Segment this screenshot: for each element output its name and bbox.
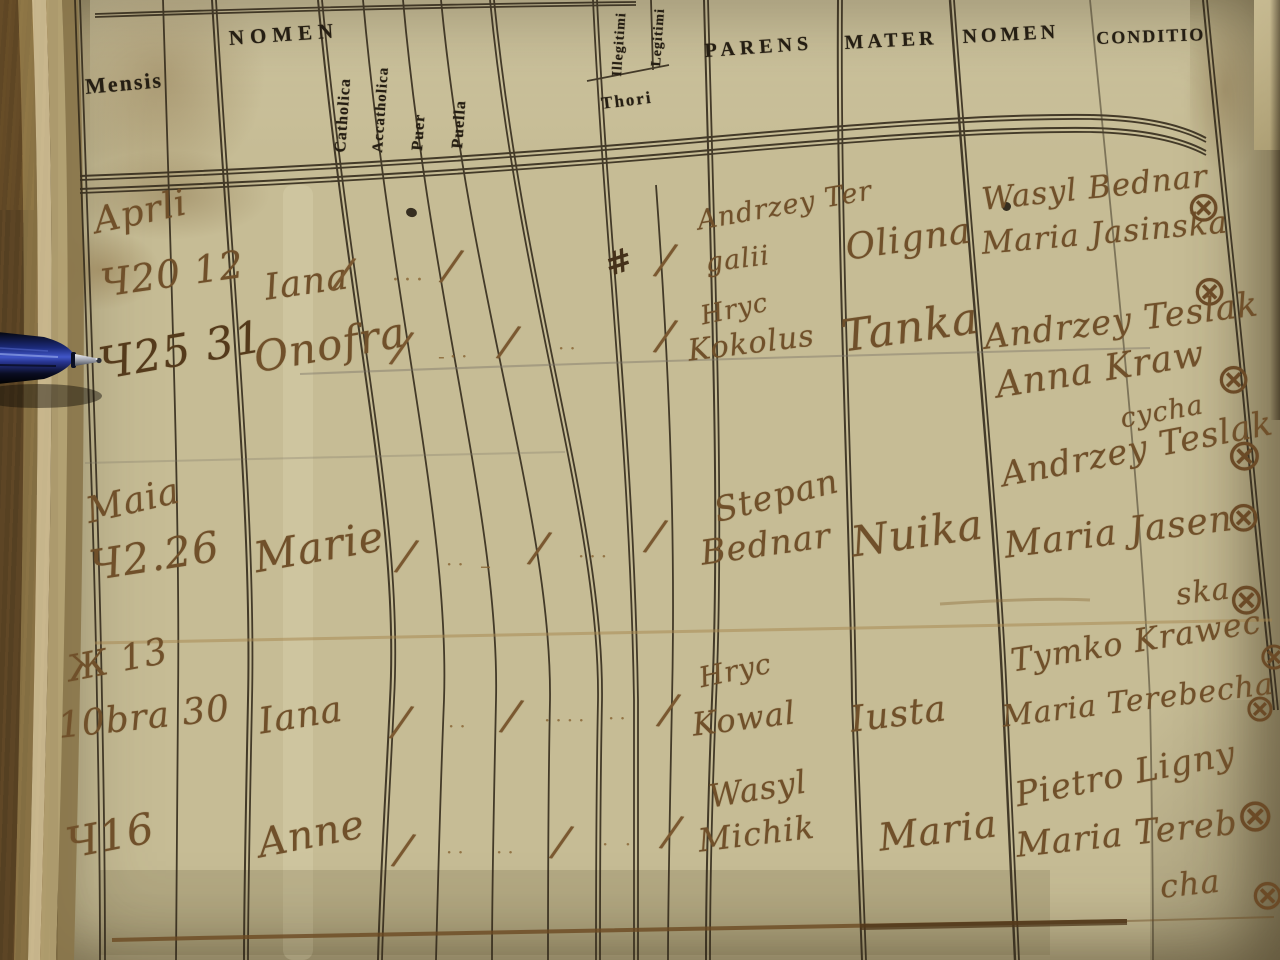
manuscript-entry-wit3: cycha [1118, 389, 1206, 434]
manuscript-entry-t1: / [391, 322, 412, 372]
column-header-catholica: Catholica [332, 77, 355, 153]
manuscript-entry-t4: ···· [544, 708, 589, 732]
manuscript-entry-wit1: Tymko Krawec [1008, 602, 1264, 679]
manuscript-entry-parens1: Hryc [696, 647, 775, 695]
manuscript-entry-t5: · · [602, 832, 636, 856]
manuscript-entry-t6: / [658, 684, 679, 734]
manuscript-entry-mater: Oligna [843, 210, 974, 268]
manuscript-entry-day: Ч20 12 [98, 242, 247, 306]
manuscript-entry-t4: # [600, 240, 637, 284]
manuscript-entry-wit1: Andrzey Teslak [982, 284, 1261, 357]
manuscript-entry-t1: / [396, 530, 417, 580]
manuscript-entry-name: Iana [262, 256, 351, 308]
manuscript-entry-month: Maia [82, 471, 184, 532]
manuscript-entry-parens1: Wasyl [706, 763, 810, 816]
manuscript-entry-m2: ⊗ [1228, 574, 1265, 625]
column-header-nomen: NOMEN [228, 18, 340, 51]
manuscript-entry-wit1: Wasyl Bednar [980, 158, 1210, 218]
manuscript-entry-t1: / [333, 248, 354, 298]
manuscript-entry-t2: -·· [438, 344, 472, 368]
manuscript-entry-t5: / [655, 310, 676, 360]
manuscript-entry-t6: / [645, 510, 666, 560]
column-header-accatholica: Accatholica [370, 66, 393, 153]
column-header-thori: Thori [600, 88, 654, 114]
manuscript-entry-m1: ⊗ [1216, 354, 1251, 403]
manuscript-entry-parens1: Andrzey Ter [695, 175, 875, 236]
manuscript-entry-t3: / [441, 240, 462, 290]
manuscript-entry-name: Onofra [250, 307, 410, 382]
manuscript-entry-m2: ⊗ [1226, 430, 1263, 481]
manuscript-entry-t3: ·· [496, 840, 519, 864]
manuscript-entry-t4: ·· [558, 336, 581, 360]
manuscript-entry-name: Iana [256, 689, 346, 743]
manuscript-entry-day: 10bra 30 [56, 688, 232, 747]
manuscript-entry-t2: ·· [446, 840, 469, 864]
manuscript-entry-m1: ⊗ [1186, 182, 1221, 231]
manuscript-entry-parens2: Kowal [690, 693, 798, 743]
column-header-mensis: Mensis [84, 67, 164, 100]
manuscript-entry-name: Marie [250, 511, 388, 582]
manuscript-entry-m2: ⊗ [1250, 870, 1280, 919]
manuscript-entry-wit2: Maria Jasen [1002, 498, 1235, 567]
manuscript-entry-parens1: Stepan [710, 461, 843, 531]
manuscript-entry-m2: ⊗ [1192, 266, 1227, 315]
manuscript-entry-day: Ч16 [62, 803, 159, 868]
manuscript-entry-wit3: cha [1158, 862, 1222, 906]
manuscript-entry-parens2: galii [704, 240, 772, 279]
column-header-nomen2: NOMEN [962, 21, 1060, 49]
manuscript-entry-wit2: Maria Tereb [1014, 803, 1240, 866]
manuscript-entry-parens2: Kokolus [686, 318, 817, 368]
manuscript-entry-t5: ··· [578, 544, 612, 568]
manuscript-entry-day: Ч2.26 [86, 522, 223, 591]
manuscript-entry-t6: / [661, 806, 682, 856]
manuscript-entry-m2: ⊗ [1244, 686, 1276, 730]
manuscript-entry-t4: / [529, 522, 550, 572]
column-header-illegitimi: Illegitimi [610, 12, 630, 77]
column-header-legitimi: Legitimi [649, 8, 669, 68]
manuscript-entry-mater: Maria [876, 801, 1000, 859]
manuscript-entry-t3: – [480, 554, 496, 579]
manuscript-entry-mater: Tanka [838, 293, 982, 363]
manuscript-entry-m1: ⊗ [1236, 788, 1275, 842]
manuscript-entry-t1: / [391, 696, 412, 746]
manuscript-entry-month: Aprli [90, 182, 191, 242]
manuscript-entry-t4: / [551, 816, 572, 866]
register-photo-frame: MensisNOMENPARENSMATERNOMENCONDITIOThori… [0, 0, 1280, 960]
column-header-conditio: CONDITIO [1096, 24, 1206, 49]
column-header-parens: PARENS [704, 32, 814, 63]
manuscript-entry-wit3: ska [1174, 571, 1232, 612]
manuscript-entry-parens1: Hryc [698, 288, 771, 332]
manuscript-entry-month: Ж 13 [64, 631, 172, 691]
manuscript-entry-t2: ·· [448, 714, 471, 738]
manuscript-entry-t2: ··· [392, 268, 428, 293]
column-header-puella: Puella [449, 99, 470, 149]
manuscript-entry-wit2: Maria Jasinska [980, 204, 1229, 261]
column-header-puer: Puer [409, 113, 430, 151]
manuscript-entry-m1: ⊗ [1226, 492, 1261, 541]
manuscript-entry-wit2: Anna Kraw [993, 333, 1207, 406]
manuscript-entry-m1: ⊗ [1258, 634, 1280, 678]
column-header-mater: MATER [844, 27, 938, 55]
manuscript-entry-t3: / [498, 316, 519, 366]
manuscript-entry-parens2: Michik [696, 808, 817, 860]
manuscript-entry-t5: ·· [608, 706, 631, 730]
manuscript-entry-t2: ·· [446, 552, 469, 576]
manuscript-entry-t5: / [655, 234, 676, 284]
manuscript-entry-day: Ч25 31 [95, 311, 267, 390]
manuscript-entry-wit1: Andrzey Teslak [998, 403, 1276, 495]
manuscript-entry-t3: / [501, 690, 522, 740]
manuscript-entry-mater: Iusta [848, 688, 949, 740]
manuscript-entry-parens2: Bednar [698, 516, 834, 574]
manuscript-entries-layer: MensisNOMENPARENSMATERNOMENCONDITIOThori… [0, 0, 1280, 960]
manuscript-entry-wit1: Pietro Ligny [1012, 733, 1239, 815]
manuscript-entry-mater: Nuika [848, 500, 986, 567]
manuscript-entry-t1: / [393, 824, 414, 874]
manuscript-entry-name: Anne [254, 801, 369, 867]
manuscript-entry-wit2: Maria Terebecha [1000, 667, 1276, 735]
